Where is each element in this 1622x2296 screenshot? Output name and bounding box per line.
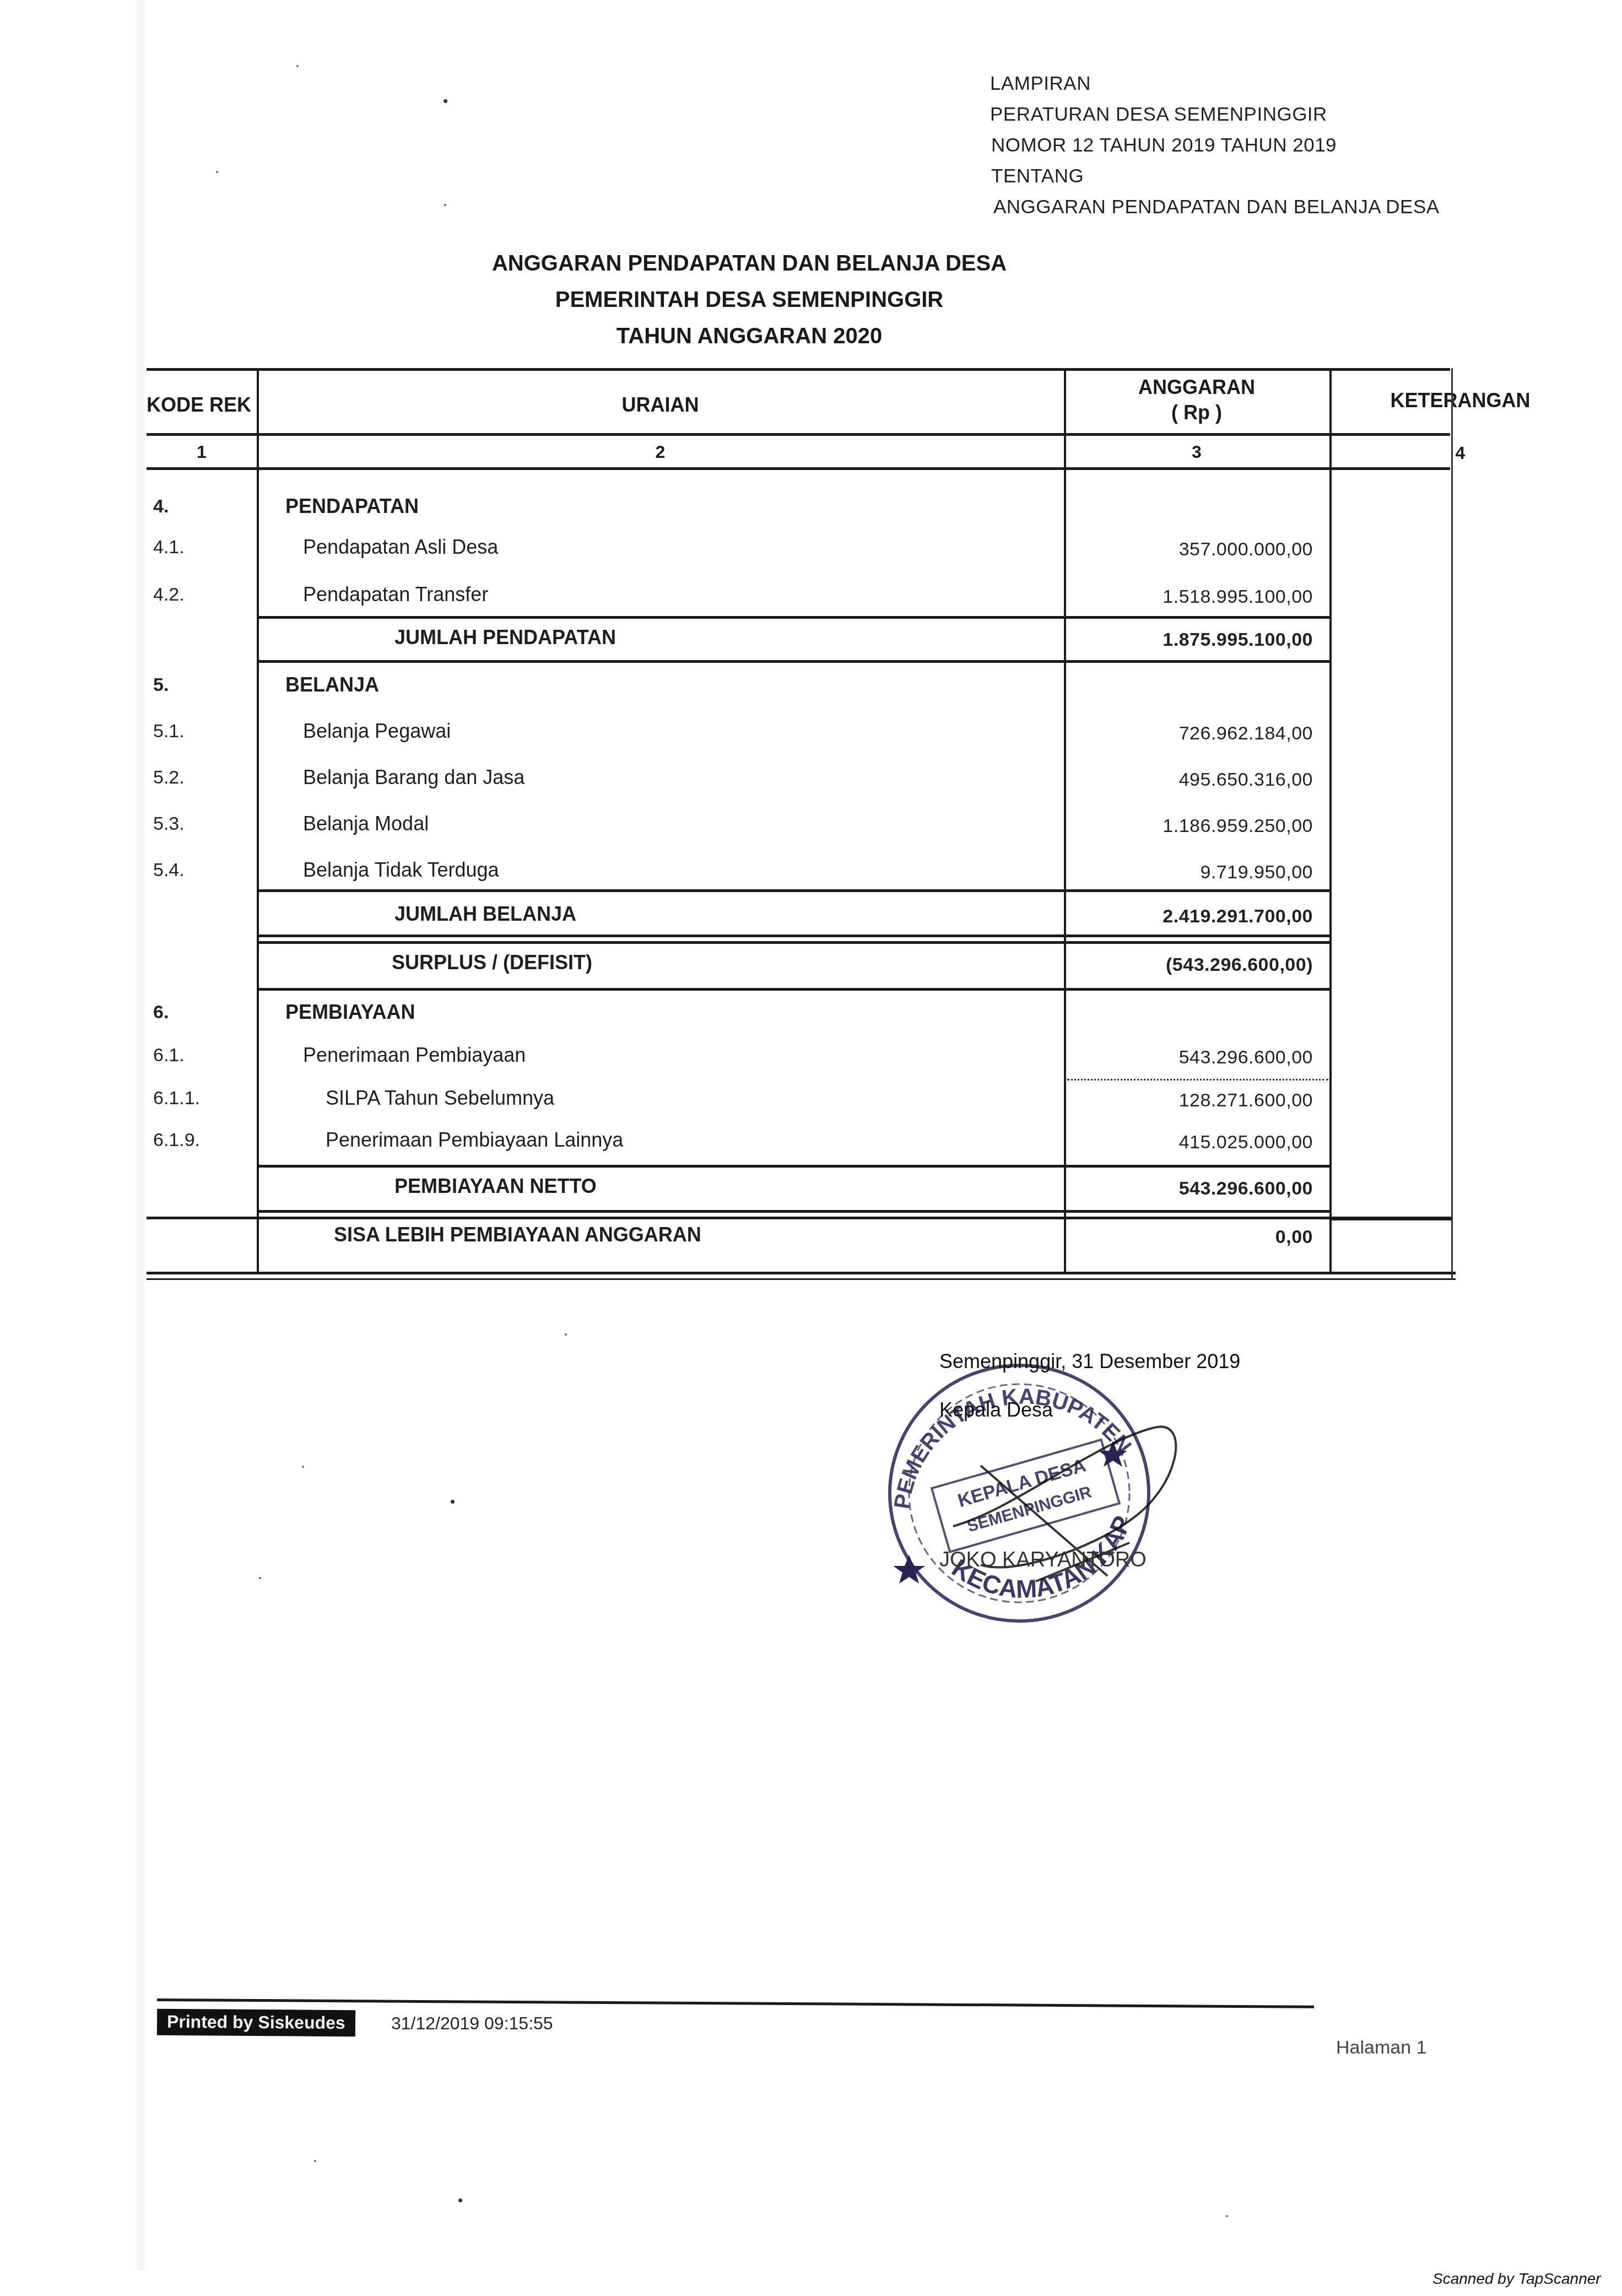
header-uraian: URAIAN <box>257 393 1064 417</box>
header-keterangan: KETERANGAN <box>1329 389 1591 412</box>
title-line-1: ANGGARAN PENDAPATAN DAN BELANJA DESA <box>419 245 1080 282</box>
row-amount: 128.271.600,00 <box>1064 1090 1313 1111</box>
row-label: Penerimaan Pembiayaan Lainnya <box>326 1128 623 1152</box>
official-stamp-icon: PEMERINTAH KABUPATEN KECAMATAN KAPAS KEP… <box>871 1344 1179 1631</box>
printed-timestamp: 31/12/2019 09:15:55 <box>391 2013 553 2034</box>
column-number-3: 3 <box>1064 442 1329 462</box>
column-divider-2 <box>1064 368 1066 1274</box>
row-code: 6. <box>153 1002 169 1023</box>
row-code: 5.1. <box>153 721 185 742</box>
lampiran-label: LAMPIRAN <box>990 68 1475 99</box>
footer-divider <box>157 1998 1314 2008</box>
row-code: 5.4. <box>153 860 185 881</box>
row-label: BELANJA <box>285 673 379 696</box>
signature-role: Kepala Desa <box>939 1398 1053 1422</box>
header-kode-rek: KODE REK <box>147 393 257 417</box>
row-label: JUMLAH PENDAPATAN <box>394 626 616 649</box>
row-label: Belanja Pegawai <box>303 720 451 743</box>
table-bottom-border <box>147 1272 1456 1274</box>
row-label: SURPLUS / (DEFISIT) <box>392 951 592 974</box>
regulation-name: PERATURAN DESA SEMENPINGGIR <box>990 99 1475 130</box>
row-amount: 1.518.995.100,00 <box>1064 586 1313 608</box>
column-number-divider <box>147 467 1450 470</box>
row-label: PENDAPATAN <box>285 495 419 518</box>
row-code: 6.1. <box>153 1045 185 1066</box>
row-amount: 543.296.600,00 <box>1064 1047 1313 1068</box>
column-divider-1 <box>257 368 259 1274</box>
row-amount: (543.296.600,00) <box>1064 954 1313 976</box>
total-rule-top <box>257 941 1329 944</box>
table-right-border <box>1451 368 1453 1280</box>
column-number-4: 4 <box>1329 443 1591 463</box>
title-line-3: TAHUN ANGGARAN 2020 <box>419 318 1080 354</box>
header-divider <box>147 433 1450 436</box>
row-amount: 1.875.995.100,00 <box>1064 629 1313 651</box>
column-number-2: 2 <box>257 442 1064 462</box>
lampiran-header: LAMPIRAN PERATURAN DESA SEMENPINGGIR NOM… <box>990 68 1475 223</box>
total-rule-bottom <box>257 660 1329 663</box>
tentang-label: TENTANG <box>990 161 1475 192</box>
scan-speck <box>444 204 446 206</box>
total-rule-bottom <box>257 934 1329 937</box>
total-rule-top <box>257 889 1329 892</box>
document-title: ANGGARAN PENDAPATAN DAN BELANJA DESA PEM… <box>419 245 1080 354</box>
scan-speck <box>565 1333 567 1336</box>
scan-speck <box>216 171 218 173</box>
scan-speck <box>314 2160 316 2162</box>
total-rule-top <box>257 1165 1329 1168</box>
total-rule-top <box>257 616 1329 619</box>
regulation-number: NOMOR 12 TAHUN 2019 TAHUN 2019 <box>990 130 1475 161</box>
printed-by-badge: Printed by Siskeudes <box>157 2009 355 2037</box>
row-label: JUMLAH BELANJA <box>394 903 576 926</box>
scan-speck <box>451 1500 455 1504</box>
row-amount: 9.719.950,00 <box>1064 862 1313 883</box>
row-label: Pendapatan Asli Desa <box>303 536 498 559</box>
row-label: Belanja Tidak Terduga <box>303 858 499 882</box>
row-amount: 1.186.959.250,00 <box>1064 815 1313 837</box>
signature-name: JOKO KARYANTORO <box>939 1548 1147 1572</box>
row-code: 6.1.1. <box>153 1088 200 1109</box>
row-amount: 0,00 <box>1064 1227 1313 1248</box>
row-amount: 2.419.291.700,00 <box>1064 906 1313 927</box>
scan-speck <box>458 2198 462 2202</box>
row-code: 5.2. <box>153 767 185 788</box>
scan-speck <box>444 99 447 103</box>
row-label: SILPA Tahun Sebelumnya <box>326 1087 554 1110</box>
row-amount: 543.296.600,00 <box>1064 1178 1313 1200</box>
final-row-top-border <box>147 1217 1452 1219</box>
scan-edge-shadow <box>0 0 146 2270</box>
row-amount: 495.650.316,00 <box>1064 769 1313 791</box>
page-number: Halaman 1 <box>1336 2037 1426 2059</box>
column-number-1: 1 <box>147 442 257 462</box>
column-divider-3 <box>1329 368 1332 1274</box>
total-rule-bottom <box>257 988 1329 991</box>
title-line-2: PEMERINTAH DESA SEMENPINGGIR <box>419 282 1080 318</box>
table-bottom-border-double <box>147 1278 1456 1280</box>
scan-speck <box>296 65 299 67</box>
regulation-subject: ANGGARAN PENDAPATAN DAN BELANJA DESA <box>990 192 1475 223</box>
row-amount: 415.025.000,00 <box>1064 1132 1313 1153</box>
row-label: SISA LEBIH PEMBIAYAAN ANGGARAN <box>334 1223 701 1246</box>
row-code: 5. <box>153 674 169 696</box>
table-top-border <box>147 368 1450 371</box>
header-anggaran-unit: ( Rp ) <box>1064 401 1329 424</box>
row-label: PEMBIAYAAN NETTO <box>394 1175 597 1198</box>
row-code: 4.2. <box>153 584 185 606</box>
scan-speck <box>302 1466 304 1468</box>
subtotal-dotted-rule <box>1067 1079 1328 1081</box>
scan-speck <box>259 1577 261 1579</box>
row-label: PEMBIAYAAN <box>285 1001 415 1024</box>
row-label: Pendapatan Transfer <box>303 583 488 606</box>
row-label: Belanja Barang dan Jasa <box>303 766 525 789</box>
signature-place-date: Semenpinggir, 31 Desember 2019 <box>939 1350 1240 1373</box>
header-anggaran: ANGGARAN <box>1064 376 1329 399</box>
row-code: 5.3. <box>153 813 185 835</box>
budget-table: KODE REK URAIAN ANGGARAN ( Rp ) KETERANG… <box>147 368 1456 1316</box>
scan-speck <box>1226 2215 1228 2217</box>
row-amount: 726.962.184,00 <box>1064 723 1313 744</box>
scanner-watermark: Scanned by TapScanner <box>1432 2270 1601 2288</box>
row-code: 6.1.9. <box>153 1130 200 1151</box>
row-code: 4.1. <box>153 537 185 558</box>
keterangan-final-rule <box>1329 1218 1452 1220</box>
row-amount: 357.000.000,00 <box>1064 539 1313 560</box>
row-code: 4. <box>153 496 169 517</box>
row-label: Penerimaan Pembiayaan <box>303 1044 526 1067</box>
row-label: Belanja Modal <box>303 812 429 835</box>
total-rule-bottom <box>257 1210 1329 1213</box>
